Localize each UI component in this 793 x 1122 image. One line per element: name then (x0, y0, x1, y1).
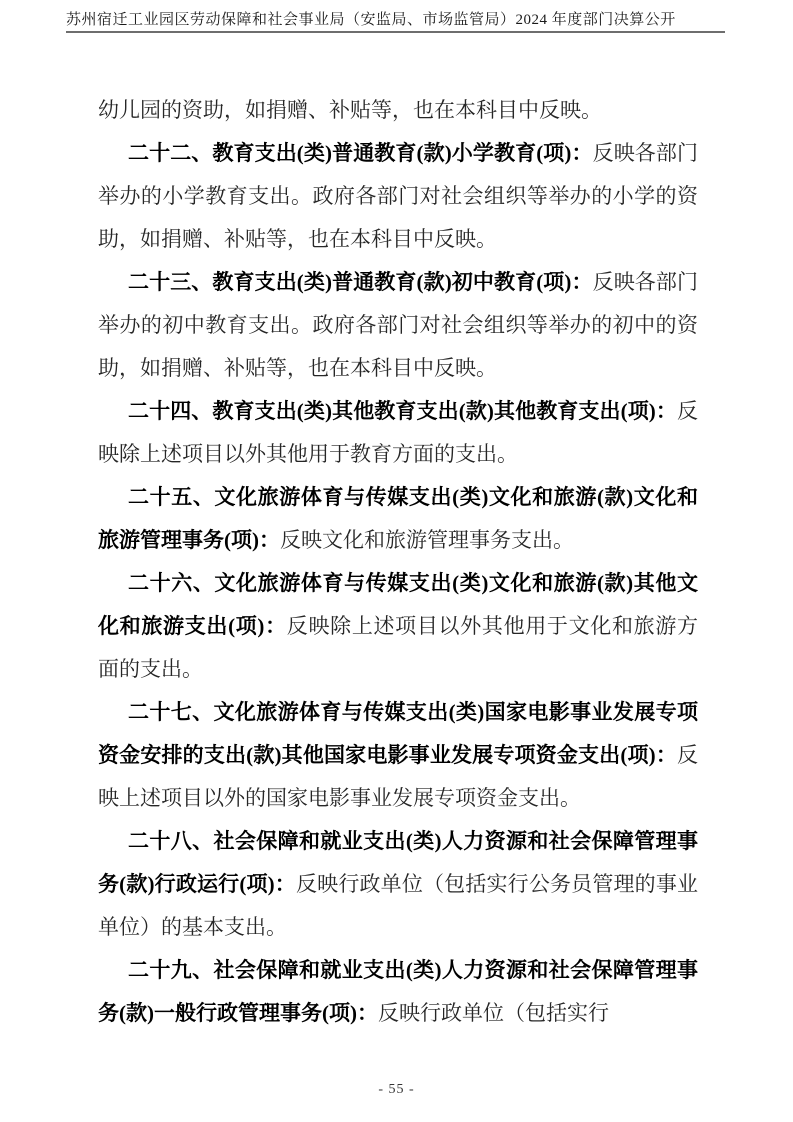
page-footer: - 55 - (0, 1082, 793, 1098)
page-number: - 55 - (378, 1082, 414, 1097)
document-body: 幼儿园的资助，如捐赠、补贴等，也在本科目中反映。 二十二、教育支出(类)普通教育… (98, 89, 698, 1035)
header-rule (66, 31, 725, 33)
header-title: 苏州宿迁工业园区劳动保障和社会事业局（安监局、市场监管局）2024 年度部门决算… (66, 12, 725, 29)
paragraph: 二十四、教育支出(类)其他教育支出(款)其他教育支出(项)：反映除上述项目以外其… (98, 390, 698, 476)
document-page: 苏州宿迁工业园区劳动保障和社会事业局（安监局、市场监管局）2024 年度部门决算… (0, 0, 793, 1122)
paragraph: 二十三、教育支出(类)普通教育(款)初中教育(项)：反映各部门举办的初中教育支出… (98, 261, 698, 390)
paragraph-heading: 二十七、文化旅游体育与传媒支出(类)国家电影事业发展专项资金安排的支出(款)其他… (98, 700, 698, 767)
paragraph-text: 反映行政单位（包括实行 (378, 1001, 609, 1025)
page-header: 苏州宿迁工业园区劳动保障和社会事业局（安监局、市场监管局）2024 年度部门决算… (66, 12, 725, 33)
paragraph: 幼儿园的资助，如捐赠、补贴等，也在本科目中反映。 (98, 89, 698, 132)
paragraph: 二十六、文化旅游体育与传媒支出(类)文化和旅游(款)其他文化和旅游支出(项)：反… (98, 562, 698, 691)
paragraph-heading: 二十三、教育支出(类)普通教育(款)初中教育(项)： (128, 270, 593, 294)
paragraph-heading: 二十二、教育支出(类)普通教育(款)小学教育(项)： (128, 141, 593, 165)
paragraph-text: 反映文化和旅游管理事务支出。 (280, 528, 574, 552)
paragraph-heading: 二十四、教育支出(类)其他教育支出(款)其他教育支出(项)： (128, 399, 677, 423)
paragraph-text: 幼儿园的资助，如捐赠、补贴等，也在本科目中反映。 (98, 98, 602, 122)
paragraph: 二十八、社会保障和就业支出(类)人力资源和社会保障管理事务(款)行政运行(项)：… (98, 820, 698, 949)
paragraph: 二十五、文化旅游体育与传媒支出(类)文化和旅游(款)文化和旅游管理事务(项)：反… (98, 476, 698, 562)
paragraph: 二十七、文化旅游体育与传媒支出(类)国家电影事业发展专项资金安排的支出(款)其他… (98, 691, 698, 820)
paragraph: 二十九、社会保障和就业支出(类)人力资源和社会保障管理事务(款)一般行政管理事务… (98, 949, 698, 1035)
paragraph: 二十二、教育支出(类)普通教育(款)小学教育(项)：反映各部门举办的小学教育支出… (98, 132, 698, 261)
